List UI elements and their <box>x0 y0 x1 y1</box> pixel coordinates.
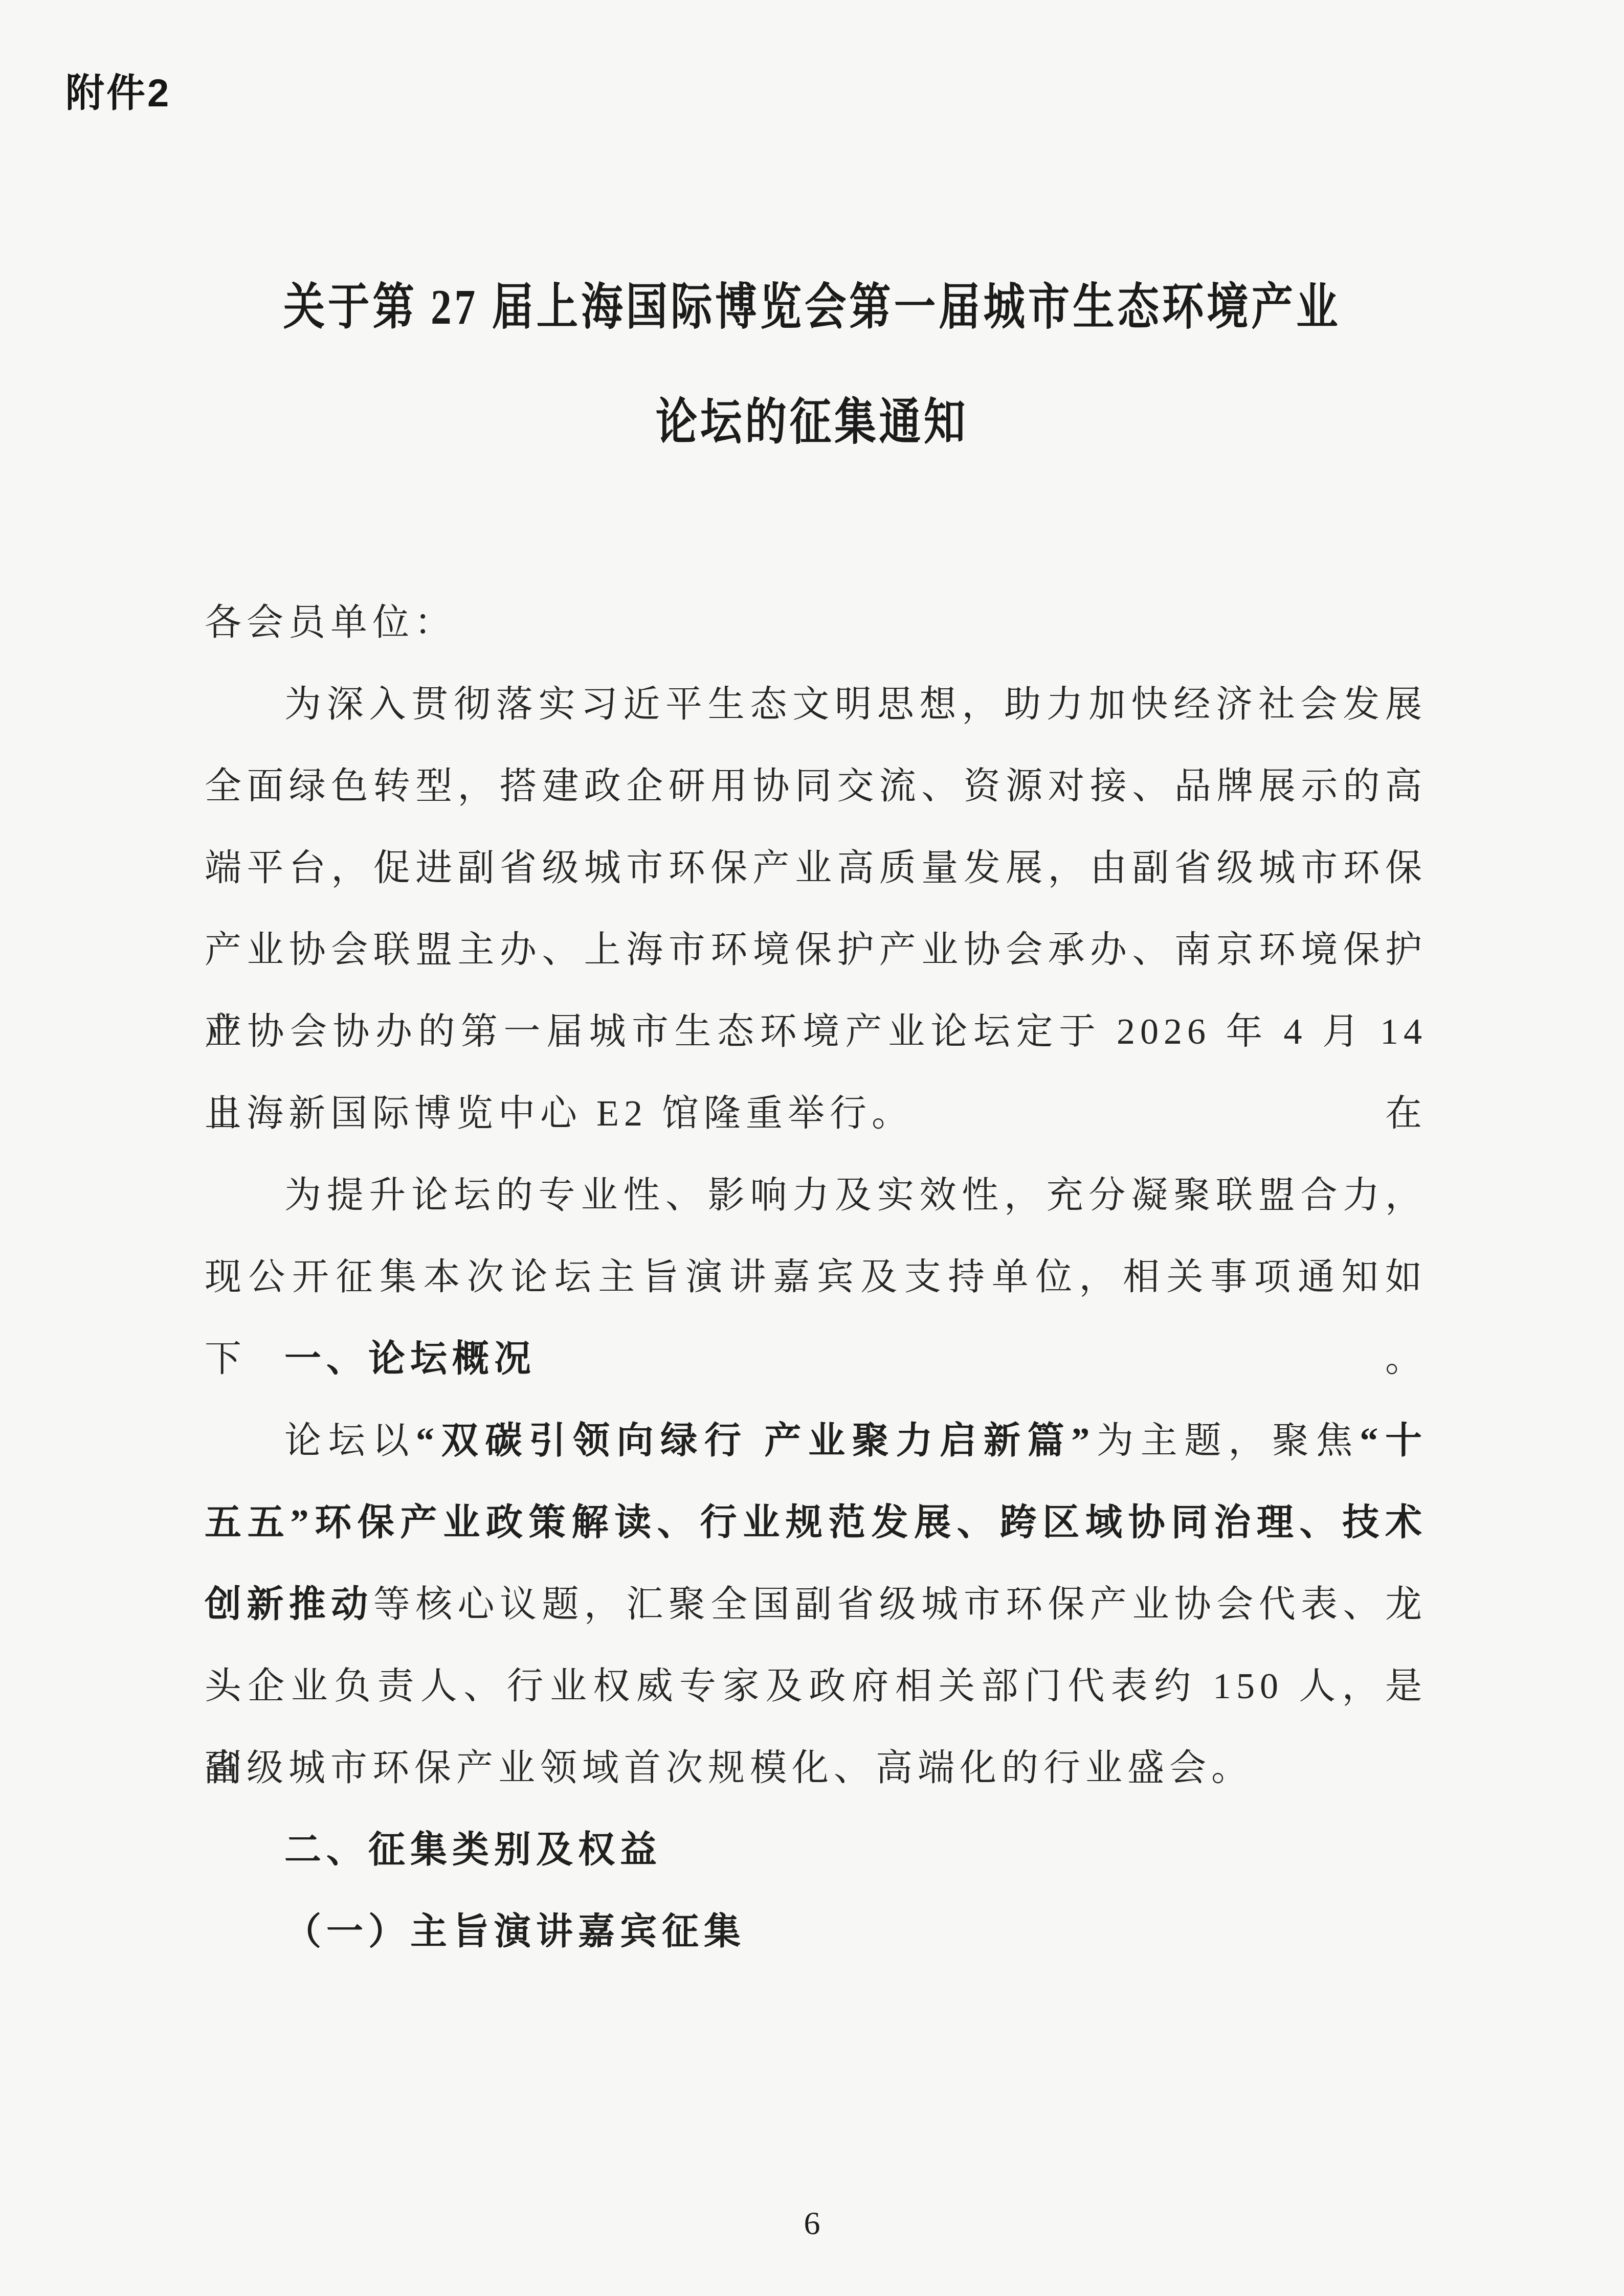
bold-text-run: 二、征集类别及权益 <box>284 1829 662 1870</box>
text-run: 论坛以 <box>284 1420 416 1461</box>
text-run: 为主题，聚焦 <box>1095 1420 1360 1461</box>
bold-text-run: 五五”环保产业政策解读、行业规范发展、跨区域协同治理、技术 <box>205 1502 1427 1543</box>
text-run: 省级城市环保产业领域首次规模化、高端化的行业盛会。 <box>205 1747 1253 1788</box>
bold-text-run: （一）主旨演讲嘉宾征集 <box>284 1911 746 1952</box>
document-line: 创新推动等核心议题，汇聚全国副省级城市环保产业协会代表、龙 <box>205 1563 1427 1645</box>
document-line: 业协会协办的第一届城市生态环境产业论坛定于 2026 年 4 月 14 日在 <box>205 991 1427 1072</box>
document-body: 各会员单位：为深入贯彻落实习近平生态文明思想，助力加快经济社会发展全面绿色转型，… <box>205 581 1427 1972</box>
document-line: 为深入贯彻落实习近平生态文明思想，助力加快经济社会发展 <box>205 663 1427 745</box>
document-line: 为提升论坛的专业性、影响力及实效性，充分凝聚联盟合力， <box>205 1154 1427 1236</box>
bold-text-run: “十 <box>1360 1420 1427 1461</box>
document-line: 全面绿色转型，搭建政企研用协同交流、资源对接、品牌展示的高 <box>205 745 1427 827</box>
document-title: 关于第 27 届上海国际博览会第一届城市生态环境产业 论坛的征集通知 <box>0 250 1624 480</box>
document-line: 产业协会联盟主办、上海市环境保护产业协会承办、南京环境保护产 <box>205 909 1427 991</box>
document-line: 端平台，促进副省级城市环保产业高质量发展，由副省级城市环保 <box>205 827 1427 909</box>
text-run: 为深入贯彻落实习近平生态文明思想，助力加快经济社会发展 <box>284 684 1427 725</box>
page-number: 6 <box>0 2205 1624 2242</box>
text-run: 全面绿色转型，搭建政企研用协同交流、资源对接、品牌展示的高 <box>205 766 1427 806</box>
document-line: 论坛以“双碳引领向绿行 产业聚力启新篇”为主题，聚焦“十 <box>205 1400 1427 1481</box>
document-line: （一）主旨演讲嘉宾征集 <box>205 1890 1427 1972</box>
document-page: 附件2 关于第 27 届上海国际博览会第一届城市生态环境产业 论坛的征集通知 各… <box>0 0 1624 2296</box>
attachment-label: 附件2 <box>65 66 171 120</box>
document-line: 现公开征集本次论坛主旨演讲嘉宾及支持单位，相关事项通知如下。 <box>205 1236 1427 1318</box>
text-run: 上海新国际博览中心 E2 馆隆重举行。 <box>205 1093 914 1134</box>
document-line: 各会员单位： <box>205 581 1427 663</box>
document-line: 五五”环保产业政策解读、行业规范发展、跨区域协同治理、技术 <box>205 1481 1427 1563</box>
document-line: 省级城市环保产业领域首次规模化、高端化的行业盛会。 <box>205 1727 1427 1809</box>
text-run: 等核心议题，汇聚全国副省级城市环保产业协会代表、龙 <box>373 1584 1427 1625</box>
bold-text-run: 一、论坛概况 <box>284 1338 536 1379</box>
title-line-1: 关于第 27 届上海国际博览会第一届城市生态环境产业 <box>130 250 1494 365</box>
text-run: 端平台，促进副省级城市环保产业高质量发展，由副省级城市环保 <box>205 847 1427 888</box>
title-line-2: 论坛的征集通知 <box>130 365 1494 480</box>
bold-text-run: “双碳引领向绿行 产业聚力启新篇” <box>416 1420 1095 1461</box>
text-run: 各会员单位： <box>205 602 456 643</box>
document-line: 头企业负责人、行业权威专家及政府相关部门代表约 150 人，是副 <box>205 1645 1427 1727</box>
bold-text-run: 创新推动 <box>205 1584 373 1625</box>
document-line: 二、征集类别及权益 <box>205 1809 1427 1890</box>
text-run: 为提升论坛的专业性、影响力及实效性，充分凝聚联盟合力， <box>284 1175 1427 1215</box>
